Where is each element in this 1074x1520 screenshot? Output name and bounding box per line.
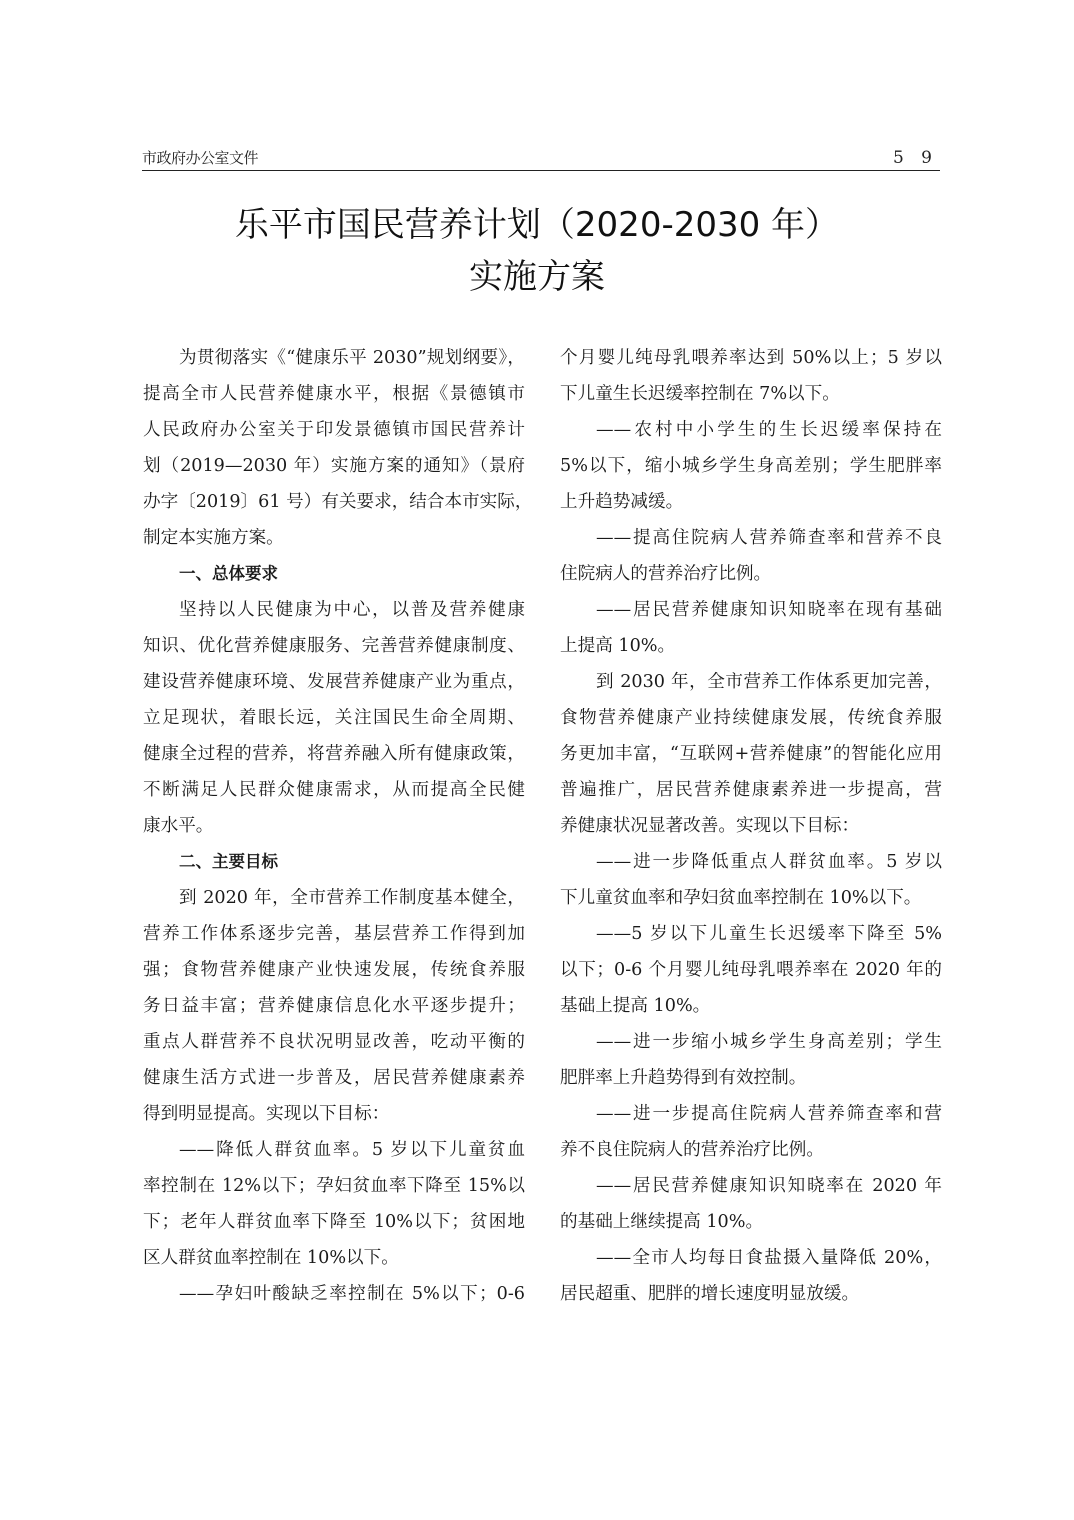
paragraph-requirements-line: 健康全过程的营养，将营养融入所有健康政策， <box>143 736 525 772</box>
goal-item-line: ——降低人群贫血率。5 岁以下儿童贫血 <box>143 1132 525 1168</box>
goal-item-line: 下；老年人群贫血率下降至 10%以下；贫困地 <box>143 1204 525 1240</box>
goal-item-line: 区人群贫血率控制在 10%以下。 <box>143 1240 525 1276</box>
paragraph-2030-goals-line: 到 2030 年，全市营养工作体系更加完善， <box>560 664 942 700</box>
goal-item-line: ——5 岁以下儿童生长迟缓率下降至 5% <box>560 916 942 952</box>
goal-item-line: ——农村中小学生的生长迟缓率保持在 <box>560 412 942 448</box>
section-heading-general-requirements: 一、总体要求 <box>143 556 525 592</box>
section-heading-main-goals: 二、主要目标 <box>143 844 525 880</box>
goal-item-line: 上升趋势减缓。 <box>560 484 942 520</box>
paragraph-2020-goals-line: 务日益丰富；营养健康信息化水平逐步提升； <box>143 988 525 1024</box>
paragraph-2030-goals-line: 普遍推广，居民营养健康素养进一步提高，营 <box>560 772 942 808</box>
goal-item-line: ——居民营养健康知识知晓率在 2020 年 <box>560 1168 942 1204</box>
paragraph-2030-goals-line: 食物营养健康产业持续健康发展，传统食养服 <box>560 700 942 736</box>
goal-item-line: 居民超重、肥胖的增长速度明显放缓。 <box>560 1276 942 1312</box>
page-header: 市政府办公室文件 5 9 <box>142 146 940 171</box>
goal-item-line: 下儿童生长迟缓率控制在 7%以下。 <box>560 376 942 412</box>
paragraph-2020-goals-line: 重点人群营养不良状况明显改善，吃动平衡的 <box>143 1024 525 1060</box>
paragraph-intro-line: 制定本实施方案。 <box>143 520 525 556</box>
paragraph-2020-goals-line: 得到明显提高。实现以下目标： <box>143 1096 525 1132</box>
paragraph-requirements-line: 立足现状，着眼长远，关注国民生命全周期、 <box>143 700 525 736</box>
paragraph-requirements-line: 建设营养健康环境、发展营养健康产业为重点， <box>143 664 525 700</box>
goal-item-line: ——进一步缩小城乡学生身高差别；学生 <box>560 1024 942 1060</box>
paragraph-2020-goals-line: 健康生活方式进一步普及，居民营养健康素养 <box>143 1060 525 1096</box>
goal-item-line: 的基础上继续提高 10%。 <box>560 1204 942 1240</box>
goal-item-line: 基础上提高 10%。 <box>560 988 942 1024</box>
goal-item-line: ——进一步降低重点人群贫血率。5 岁以 <box>560 844 942 880</box>
paragraph-requirements-line: 坚持以人民健康为中心，以普及营养健康 <box>143 592 525 628</box>
paragraph-intro-line: 提高全市人民营养健康水平，根据《景德镇市 <box>143 376 525 412</box>
page-number: 5 9 <box>893 148 938 168</box>
goal-item-line: 以下；0-6 个月婴儿纯母乳喂养率在 2020 年的 <box>560 952 942 988</box>
goal-item-line: ——全市人均每日食盐摄入量降低 20%， <box>560 1240 942 1276</box>
paragraph-2030-goals-line: 务更加丰富，“互联网+营养健康”的智能化应用 <box>560 736 942 772</box>
goal-item-line: ——居民营养健康知识知晓率在现有基础 <box>560 592 942 628</box>
goal-item-line: ——提高住院病人营养筛查率和营养不良 <box>560 520 942 556</box>
paragraph-intro-line: 办字〔2019〕61 号）有关要求，结合本市实际， <box>143 484 525 520</box>
paragraph-2020-goals-line: 营养工作体系逐步完善，基层营养工作得到加 <box>143 916 525 952</box>
paragraph-intro-line: 人民政府办公室关于印发景德镇市国民营养计 <box>143 412 525 448</box>
goal-item-line: 养不良住院病人的营养治疗比例。 <box>560 1132 942 1168</box>
paragraph-requirements-line: 康水平。 <box>143 808 525 844</box>
goal-item-line: ——进一步提高住院病人营养筛查率和营 <box>560 1096 942 1132</box>
paragraph-intro-line: 划（2019—2030 年）实施方案的通知》（景府 <box>143 448 525 484</box>
goal-item-line: 个月婴儿纯母乳喂养率达到 50%以上；5 岁以 <box>560 340 942 376</box>
right-column: 个月婴儿纯母乳喂养率达到 50%以上；5 岁以 下儿童生长迟缓率控制在 7%以下… <box>560 340 942 1312</box>
paragraph-intro-line: 为贯彻落实《“健康乐平 2030”规划纲要》， <box>143 340 525 376</box>
left-column: 为贯彻落实《“健康乐平 2030”规划纲要》， 提高全市人民营养健康水平，根据《… <box>143 340 525 1312</box>
paragraph-2020-goals-line: 到 2020 年，全市营养工作制度基本健全， <box>143 880 525 916</box>
document-title-line-1: 乐平市国民营养计划（2020-2030 年） <box>0 208 1074 242</box>
goal-item-line: 下儿童贫血率和孕妇贫血率控制在 10%以下。 <box>560 880 942 916</box>
paragraph-requirements-line: 知识、优化营养健康服务、完善营养健康制度、 <box>143 628 525 664</box>
paragraph-2020-goals-line: 强；食物营养健康产业快速发展，传统食养服 <box>143 952 525 988</box>
document-source-label: 市政府办公室文件 <box>142 147 258 168</box>
goal-item-line: 5%以下，缩小城乡学生身高差别；学生肥胖率 <box>560 448 942 484</box>
goal-item-line: ——孕妇叶酸缺乏率控制在 5%以下；0-6 <box>143 1276 525 1312</box>
paragraph-2030-goals-line: 养健康状况显著改善。实现以下目标： <box>560 808 942 844</box>
goal-item-line: 上提高 10%。 <box>560 628 942 664</box>
goal-item-line: 住院病人的营养治疗比例。 <box>560 556 942 592</box>
paragraph-requirements-line: 不断满足人民群众健康需求，从而提高全民健 <box>143 772 525 808</box>
goal-item-line: 肥胖率上升趋势得到有效控制。 <box>560 1060 942 1096</box>
goal-item-line: 率控制在 12%以下；孕妇贫血率下降至 15%以 <box>143 1168 525 1204</box>
document-title-line-2: 实施方案 <box>0 260 1074 294</box>
